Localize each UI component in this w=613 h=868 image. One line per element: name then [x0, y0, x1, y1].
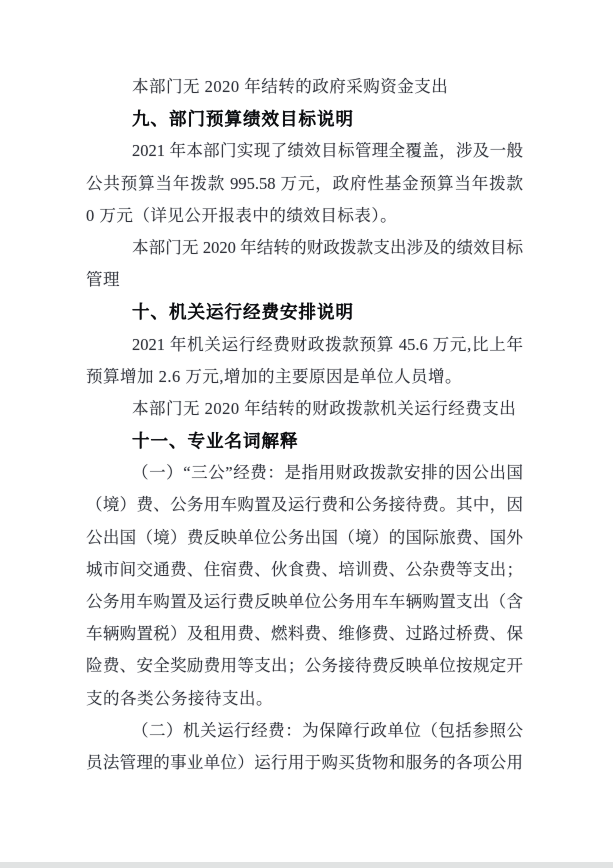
- body-text-line: 本部门无 2020 年结转的政府采购资金支出: [86, 71, 523, 103]
- body-text-line: 员法管理的事业单位）运行用于购买货物和服务的各项公用: [86, 747, 523, 779]
- section-heading: 九、部门预算绩效目标说明: [86, 103, 523, 135]
- body-text-line: 2021 年机关运行经费财政拨款预算 45.6 万元,比上年: [86, 329, 523, 361]
- body-text-line: 险费、安全奖励费用等支出；公务接待费反映单位按规定开: [86, 650, 523, 682]
- section-heading: 十、机关运行经费安排说明: [86, 296, 523, 328]
- page-bottom-edge: [0, 862, 613, 868]
- section-heading: 十一、专业名词解释: [86, 425, 523, 457]
- body-text-line: 公共预算当年拨款 995.58 万元，政府性基金预算当年拨款: [86, 168, 523, 200]
- body-text-line: 0 万元（详见公开报表中的绩效目标表）。: [86, 200, 523, 232]
- body-text-line: 城市间交通费、住宿费、伙食费、培训费、公杂费等支出；: [86, 554, 523, 586]
- document-text-block: 本部门无 2020 年结转的政府采购资金支出九、部门预算绩效目标说明2021 年…: [86, 71, 523, 779]
- body-text-line: 支的各类公务接待支出。: [86, 683, 523, 715]
- body-text-line: 本部门无 2020 年结转的财政拨款机关运行经费支出: [86, 393, 523, 425]
- body-text-line: 公出国（境）费反映单位公务出国（境）的国际旅费、国外: [86, 522, 523, 554]
- body-text-line: 预算增加 2.6 万元,增加的主要原因是单位人员增。: [86, 361, 523, 393]
- document-page: 本部门无 2020 年结转的政府采购资金支出九、部门预算绩效目标说明2021 年…: [0, 0, 613, 868]
- body-text-line: 管理: [86, 264, 523, 296]
- body-text-line: （境）费、公务用车购置及运行费和公务接待费。其中，因: [86, 489, 523, 521]
- body-text-line: 本部门无 2020 年结转的财政拨款支出涉及的绩效目标: [86, 232, 523, 264]
- body-text-line: 2021 年本部门实现了绩效目标管理全覆盖，涉及一般: [86, 135, 523, 167]
- body-text-line: （一）“三公”经费：是指用财政拨款安排的因公出国: [86, 457, 523, 489]
- body-text-line: 车辆购置税）及租用费、燃料费、维修费、过路过桥费、保: [86, 618, 523, 650]
- body-text-line: （二）机关运行经费：为保障行政单位（包括参照公务: [86, 715, 523, 747]
- body-text-line: 公务用车购置及运行费反映单位公务用车车辆购置支出（含: [86, 586, 523, 618]
